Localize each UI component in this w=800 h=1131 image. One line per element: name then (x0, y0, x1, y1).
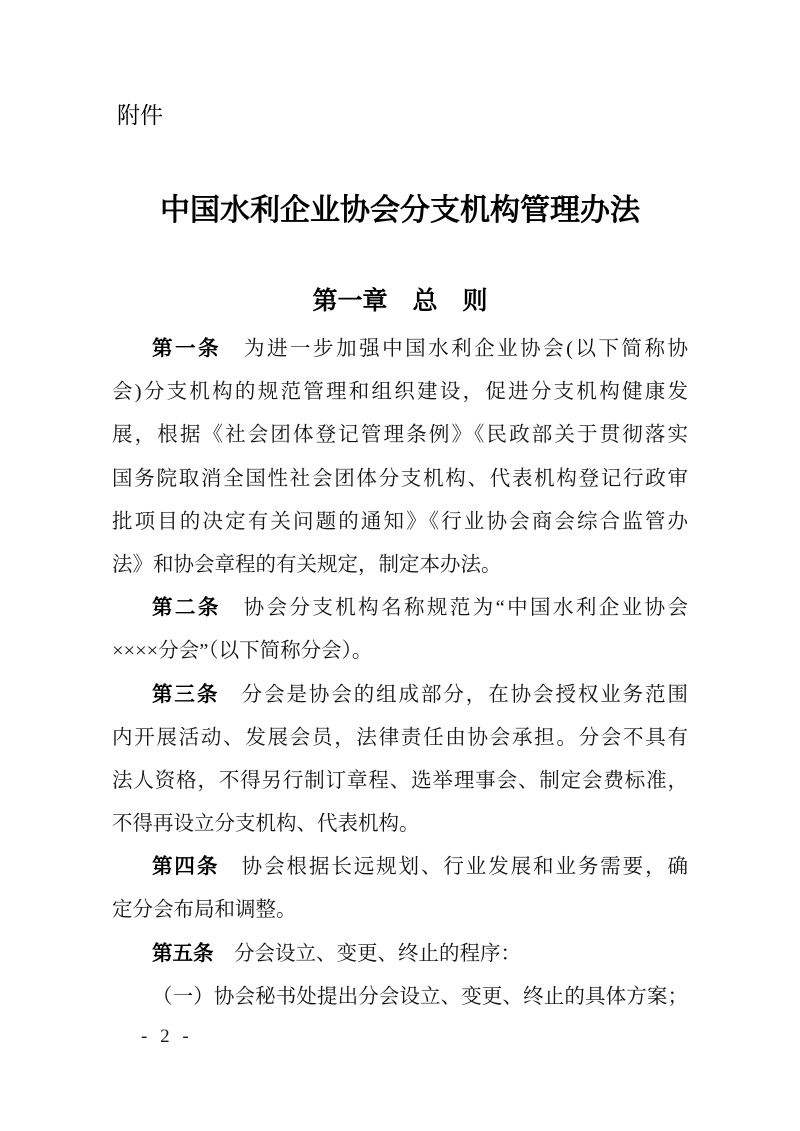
article-number-label: 第一条 (152, 338, 221, 360)
body-line-text: 不得再设立分支机构、代表机构。 (112, 813, 420, 835)
body-line: 第一条 为进一步加强中国水利企业协会(以下简称协 (112, 328, 688, 371)
body-line-text: 国务院取消全国性社会团体分支机构、代表机构登记行政审 (112, 468, 688, 490)
article-number-label: 第二条 (152, 597, 221, 619)
article-number-label: 第三条 (152, 684, 219, 706)
body-line: 内开展活动、发展会员，法律责任由协会承担。分会不具有 (112, 717, 688, 760)
body-line-text: 为进一步加强中国水利企业协会(以下简称协 (221, 338, 688, 360)
body-line: 不得再设立分支机构、代表机构。 (112, 803, 688, 846)
body-line-text: 法》和协会章程的有关规定，制定本办法。 (112, 554, 502, 576)
body-line-text: 批项目的决定有关问题的通知》《行业协会商会综合监管办 (112, 511, 688, 533)
body-line-text: 会)分支机构的规范管理和组织建设，促进分支机构健康发 (112, 381, 688, 403)
body-line-text: （一）协会秘书处提出分会设立、变更、终止的具体方案； (152, 986, 688, 1008)
body-line: 批项目的决定有关问题的通知》《行业协会商会综合监管办 (112, 501, 688, 544)
body-line: 展，根据《社会团体登记管理条例》《民政部关于贯彻落实 (112, 414, 688, 457)
body-line-text: 协会分支机构名称规范为“中国水利企业协会 (221, 597, 688, 619)
body-line: 第四条 协会根据长远规划、行业发展和业务需要，确 (112, 846, 688, 889)
article-number-label: 第五条 (152, 943, 214, 965)
body-line-text: 内开展活动、发展会员，法律责任由协会承担。分会不具有 (112, 727, 688, 749)
body-line: 会)分支机构的规范管理和组织建设，促进分支机构健康发 (112, 371, 688, 414)
body-line-text: 分会设立、变更、终止的程序： (214, 943, 522, 965)
document-page: 附件 中国水利企业协会分支机构管理办法 第一章 总 则 第一条 为进一步加强中国… (0, 0, 800, 1131)
chapter-heading: 第一章 总 则 (0, 286, 800, 317)
document-body: 第一条 为进一步加强中国水利企业协会(以下简称协会)分支机构的规范管理和组织建设… (112, 328, 688, 1019)
body-line-text: 协会根据长远规划、行业发展和业务需要，确 (219, 856, 688, 878)
body-line: ××××分会”（以下简称分会）。 (112, 630, 688, 673)
attachment-label: 附件 (117, 101, 163, 129)
body-line-text: 展，根据《社会团体登记管理条例》《民政部关于贯彻落实 (112, 424, 688, 446)
body-line: 法》和协会章程的有关规定，制定本办法。 (112, 544, 688, 587)
body-line: 第二条 协会分支机构名称规范为“中国水利企业协会 (112, 587, 688, 630)
body-line-text: ××××分会”（以下简称分会）。 (112, 640, 372, 662)
document-title: 中国水利企业协会分支机构管理办法 (0, 192, 800, 230)
body-line: 第五条 分会设立、变更、终止的程序： (112, 933, 688, 976)
body-line-text: 法人资格，不得另行制订章程、选举理事会、制定会费标准， (112, 770, 688, 792)
article-number-label: 第四条 (152, 856, 219, 878)
body-line-text: 定分会布局和调整。 (112, 899, 297, 921)
body-line-text: 分会是协会的组成部分，在协会授权业务范围 (219, 684, 688, 706)
body-line: 第三条 分会是协会的组成部分，在协会授权业务范围 (112, 674, 688, 717)
body-line: 定分会布局和调整。 (112, 889, 688, 932)
page-number: - 2 - (141, 1026, 193, 1048)
body-line: 国务院取消全国性社会团体分支机构、代表机构登记行政审 (112, 458, 688, 501)
body-line: 法人资格，不得另行制订章程、选举理事会、制定会费标准， (112, 760, 688, 803)
body-line: （一）协会秘书处提出分会设立、变更、终止的具体方案； (112, 976, 688, 1019)
